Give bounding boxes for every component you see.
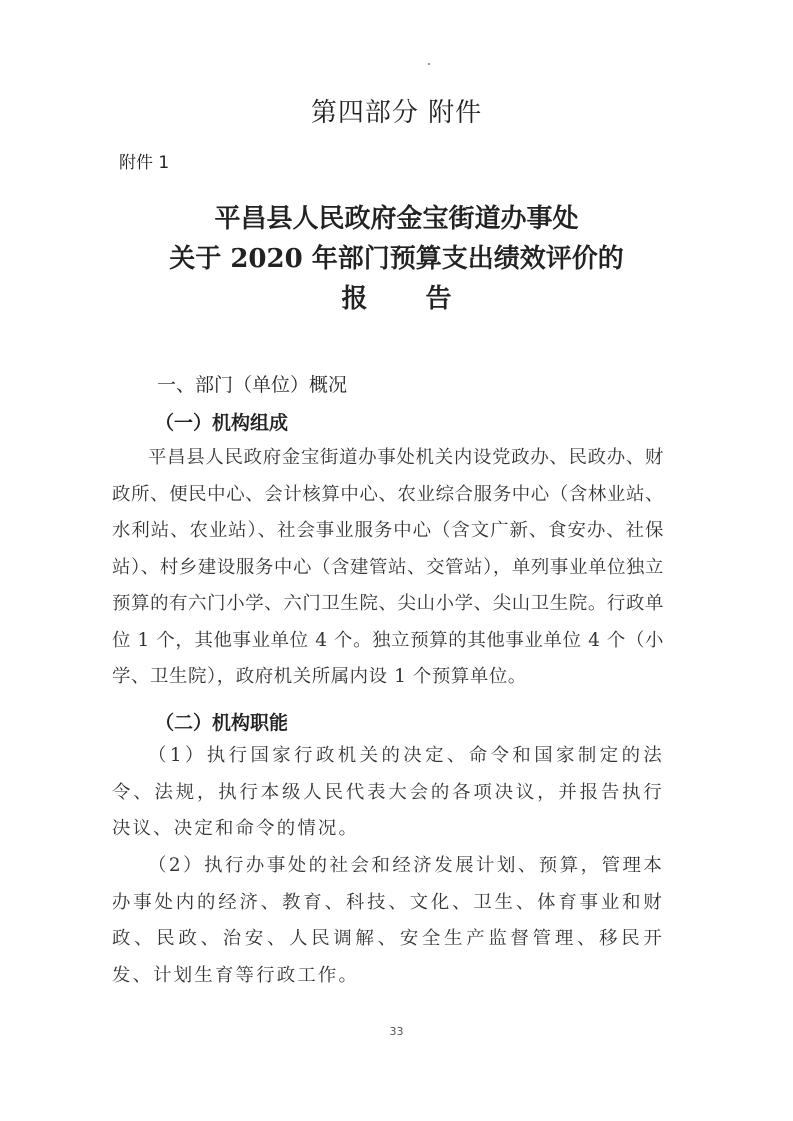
title-word-report-2: 告 [426,284,452,314]
document-title-line-1: 平昌县人民政府金宝街道办事处 [0,200,793,238]
page-number: 33 [0,1025,793,1038]
paragraph-organization: 平昌县人民政府金宝街道办事处机关内设党政办、民政办、财政所、便民中心、会计核算中… [112,440,664,696]
part-title: 第四部分 附件 [0,92,793,129]
paragraph-function-1: （1）执行国家行政机关的决定、命令和国家制定的法令、法规，执行本级人民代表大会的… [112,738,664,848]
subsection-heading-organization: （一）机构组成 [155,408,288,435]
subsection-heading-functions: （二）机构职能 [155,708,288,735]
attachment-label: 附件 1 [119,148,169,173]
title-word-report-1: 报 [341,284,367,314]
section-heading: 一、部门（单位）概况 [157,370,347,397]
paragraph-function-2: （2）执行办事处的社会和经济发展计划、预算，管理本办事处内的经济、教育、科技、文… [112,848,664,994]
document-title-line-3: 报告 [0,280,793,318]
document-title-line-2: 关于 2020 年部门预算支出绩效评价的 [0,240,793,278]
scan-speck [428,63,430,65]
